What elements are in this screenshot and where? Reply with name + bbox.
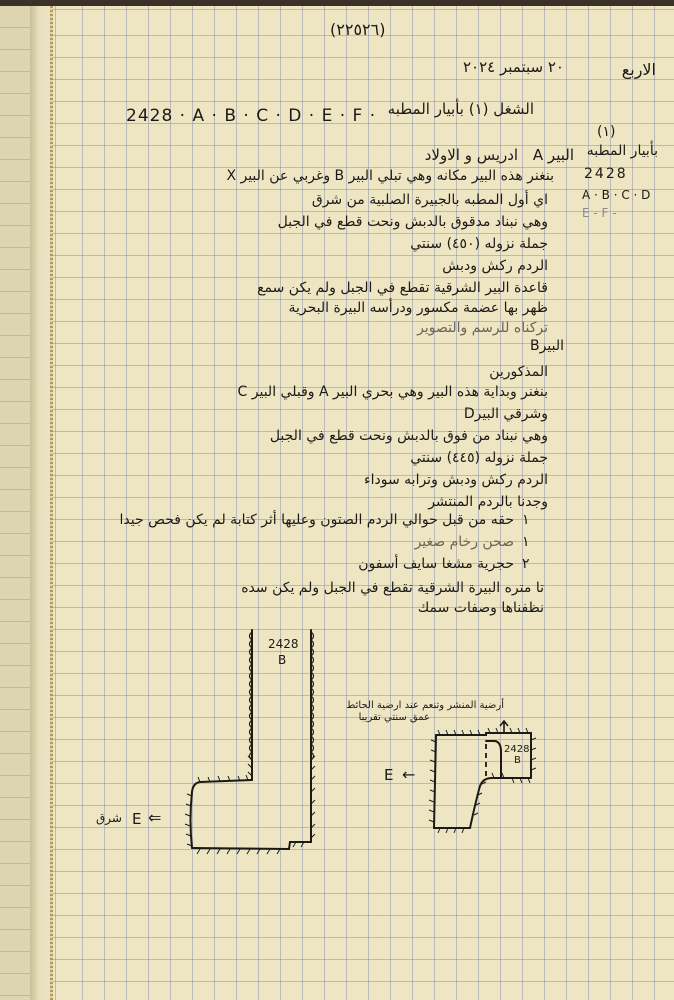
sketch-2-letter: B bbox=[514, 755, 521, 766]
sketch-2-code: 2428 bbox=[504, 744, 529, 755]
sketch-2-arrow-icon: ← bbox=[402, 765, 415, 784]
sketch-2-east-label: E bbox=[384, 766, 393, 784]
sketch-2-outline: 2428 B bbox=[0, 0, 674, 1000]
